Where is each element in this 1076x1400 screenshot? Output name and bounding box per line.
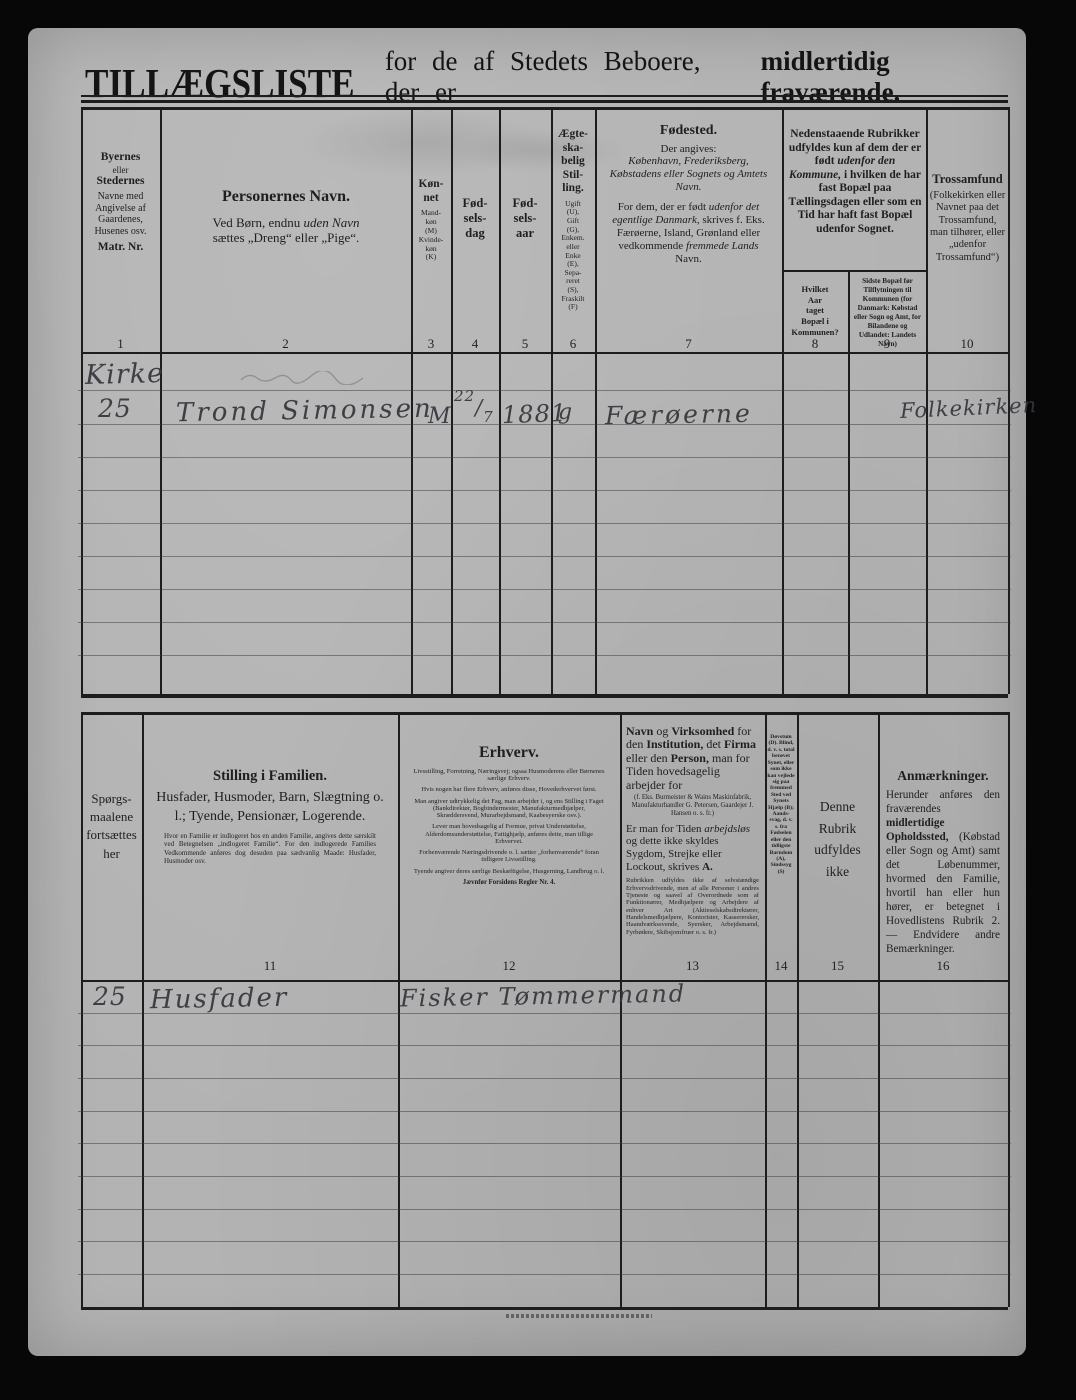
t1-col6-title: Ægte- ska- belig Stil- ling. [552,128,594,196]
t1-row2-name-value: Trond Simonsen [176,394,434,428]
t1-row-line [78,457,1011,458]
t2-vline [620,712,622,1307]
birthday-month: 7 [483,408,494,426]
t1-col3-sub: Mand- køn (M) Kvinde- køn (K) [412,209,450,262]
t1-row-line [78,523,1011,524]
t2-col13-b5: Person, [671,751,709,765]
t2-col13-b3: Institution, [646,737,703,751]
t2-col16-header: Anmærkninger. Herunder anføres den fravæ… [886,768,1000,956]
t1-col9-number: 9 [848,336,926,352]
t1-col3-title: Køn- net [412,178,450,205]
t1-top-border [81,107,1008,110]
t1-col1-number: 1 [81,336,160,352]
t1-vline [782,107,784,694]
t1-col10-number: 10 [926,336,1008,352]
t2-col12-title: Erhverv. [412,744,606,763]
t2-row-line [78,1111,1011,1112]
t1-col7-p2d: fremmede Lands [686,240,759,252]
t2-col16-b1: midlertidige Opholdssted, [886,817,949,843]
t2-row-line [78,1209,1011,1210]
t1-col7-p1b: København, Frederiksberg, Købstadens ell… [610,155,767,193]
t2-col12-header: Erhverv. Livsstilling, Forretning, Nærin… [412,744,606,886]
t1-row2-sex-value: M [428,404,452,429]
t1-col3-header: Køn- net Mand- køn (M) Kvinde- køn (K) [412,178,450,262]
t2-col16-t2: (Købstad eller Sogn og Amt) samt det Løb… [886,831,1000,955]
t2-col11-main: Husfader, Husmoder, Barn, Slægtning o. l… [150,789,390,827]
t2-col11-small: Hvor en Familie er indlogeret hos en and… [150,832,390,866]
t2-col15-header: Denne Rubrik udfyldes ikke [799,796,876,882]
birthday-slash: / [475,395,483,419]
t2-row-line [78,1143,1011,1144]
t2-col15-number: 15 [797,958,878,974]
t2-vline [878,712,880,1307]
t1-col5-title: Fød- sels- aar [500,196,550,240]
t2-col16-t1: Herunder anføres den fraværendes [886,789,1000,815]
scanned-census-page: { "page": { "title_main": "TILLÆGSLISTE"… [0,0,1076,1400]
t1-col7-p2e: Navn. [675,253,702,265]
t1-row2-birthplace-value: Færøerne [605,399,753,431]
bleed-smudge [458,128,628,173]
t1-col10-header: Trossamfund (Folkekirken eller Navnet pa… [929,172,1006,264]
t1-col10-body: (Folkekirken eller Navnet paa det Trossa… [929,190,1006,264]
t1-col1-eller: eller [83,165,158,176]
t1-col7-number: 7 [595,336,782,352]
t1-col4-title: Fød- sels- dag [452,196,498,240]
t1-col3-number: 3 [411,336,451,352]
t1-col2-line1a: Ved Børn, endnu [213,215,304,230]
t2-col13-small2: Rubrikken udfyldes ikke af selvstændige … [626,877,759,936]
t1-col89-groupheader: Nedenstaaende Rubrikker udfyldes kun af … [788,128,922,237]
t1-col2-number: 2 [160,336,411,352]
t2-vline [142,712,144,1307]
t1-col1-header: Byernes eller Stedernes Navne med Angive… [83,151,158,254]
t1-row2-matr-value: 25 [98,394,132,423]
t2-col13-p2a: Er man for Tiden [626,823,704,835]
t1-row2-status-value: g [558,400,573,425]
t2-col13-t1: og [653,724,671,738]
title-end: midlertidig fraværende. [761,46,1013,108]
t2-col13-b4: Firma [724,737,756,751]
t1-header-bottom [81,352,1008,354]
t1-col1-body: Navne med Angivelse af Gaardenes, Husene… [83,191,158,238]
t2-row1-erhverv-value: Fisker Tømmermand [400,980,687,1013]
t2-row-line [78,1241,1011,1242]
t1-col1-title2: Stedernes [83,175,158,189]
t2-col16-number: 16 [878,958,1008,974]
t1-row-line [78,556,1011,557]
t1-vline [160,107,162,694]
t2-col12-p2: Man angiver udtrykkelig det Fag, man arb… [412,798,606,820]
t1-row-line [78,622,1011,623]
t2-col12-p4: Forhenværende Næringsdrivende o. l. sætt… [412,849,606,864]
t2-col13-p2d: A. [702,861,713,873]
title-rule-bottom [81,100,1008,103]
t1-row2-birthday-value: 22/7 [454,394,494,423]
t2-col13-p2b: arbejdsløs [704,823,750,835]
t2-left-label: Spørgs- maalene fortsættes her [83,790,140,863]
t2-row-line [78,1274,1011,1275]
t1-col7-p2a: For dem, der er født [618,201,709,213]
t1-col7-p1a: Der angives: [661,143,717,155]
t1-bottom-border [81,694,1008,698]
t1-col6-sub: Ugift (U), Gift (G), Enkem. eller Enke (… [552,200,594,312]
t2-col12-number: 12 [398,958,620,974]
t2-row-line [78,1176,1011,1177]
t1-col8-number: 8 [782,336,848,352]
title-mid: for de af Stedets Beboere, der er [385,46,745,108]
t1-row2-faith-value: Folkekirken [900,393,1038,423]
t1-col7-title: Fødested. [605,123,772,140]
t2-col13-b2: Virksomhed [671,724,734,738]
document-page: TILLÆGSLISTE for de af Stedets Beboere, … [28,28,1026,1356]
t2-col13-header: Navn og Virksomhed for den Institution, … [626,725,759,936]
t1-row-line [78,390,1011,391]
t1-col1-matr: Matr. Nr. [83,241,158,255]
t2-vline [1008,712,1010,1307]
t1-col1-title1: Byernes [83,151,158,165]
t2-col16-title: Anmærkninger. [886,768,1000,784]
t1-col4-number: 4 [451,336,499,352]
t2-col14-number: 14 [765,958,797,974]
t2-row-line [78,1045,1011,1046]
t1-col89-divider [782,270,928,272]
t2-col12-p1: Hvis nogen har flere Erhverv, anføres di… [412,786,606,793]
t2-col12-p5: Tyende angiver deres særlige Beskæftigel… [412,868,606,875]
t2-row1-stilling-value: Husfader [150,983,289,1015]
t2-row-line [78,1078,1011,1079]
t2-col13-t3: det [703,737,724,751]
t1-col7-header: Fødested. Der angives: København, Freder… [605,123,772,266]
t1-col2-header: Personernes Navn. Ved Børn, endnu uden N… [168,188,404,246]
t1-col4-header: Fød- sels- dag [452,196,498,240]
t1-row-line [78,490,1011,491]
t2-row1-matr-value: 25 [93,982,127,1011]
t1-vline [595,107,597,694]
t1-row-line [78,655,1011,656]
t2-col13-t4: eller den [626,751,671,765]
t2-col12-p3: Lever man hovedsagelig af Formue, privat… [412,823,606,845]
t2-col12-p0: Livsstilling, Forretning, Næringsvej; og… [412,768,606,783]
t1-col5-number: 5 [499,336,551,352]
t1-col6-header: Ægte- ska- belig Stil- ling. Ugift (U), … [552,128,594,312]
t1-col2-line2: sættes „Dreng“ eller „Pige“. [168,230,404,245]
t1-col10-title: Trossamfund [929,172,1006,187]
t1-col5-header: Fød- sels- aar [500,196,550,240]
t2-bottom-border [81,1307,1008,1310]
printer-mark [506,1314,652,1318]
t1-vline-col89 [848,270,850,694]
t1-col8-header: Hvilket Aar taget Bopæl i Kommunen? [784,284,846,337]
t2-col11-header: Stilling i Familien. Husfader, Husmoder,… [150,768,390,865]
t1-row1-scribble [238,371,368,385]
t1-col2-line1b: uden Navn [304,215,360,230]
t2-col11-number: 11 [142,958,398,974]
t2-col13-number: 13 [620,958,765,974]
t1-col6-number: 6 [551,336,595,352]
t2-top-border [81,712,1008,715]
t2-col12-p6: Jævnfør Forsidens Regler Nr. 4. [412,879,606,886]
t2-col11-title: Stilling i Familien. [150,768,390,785]
birthday-day: 22 [454,387,475,405]
t2-col14-header: Døvstum (D). Blind, d. v. s. total berøv… [767,734,795,875]
t1-row-line [78,589,1011,590]
title-rule-top [81,95,1008,97]
t1-row1-place-value: Kirke [85,358,165,391]
t1-col2-title: Personernes Navn. [168,188,404,207]
t2-col13-b1: Navn [626,724,653,738]
t2-col13-small1: (f. Eks. Burmeister & Wains Maskinfabrik… [626,794,759,817]
page-title: TILLÆGSLISTE for de af Stedets Beboere, … [85,46,1013,108]
